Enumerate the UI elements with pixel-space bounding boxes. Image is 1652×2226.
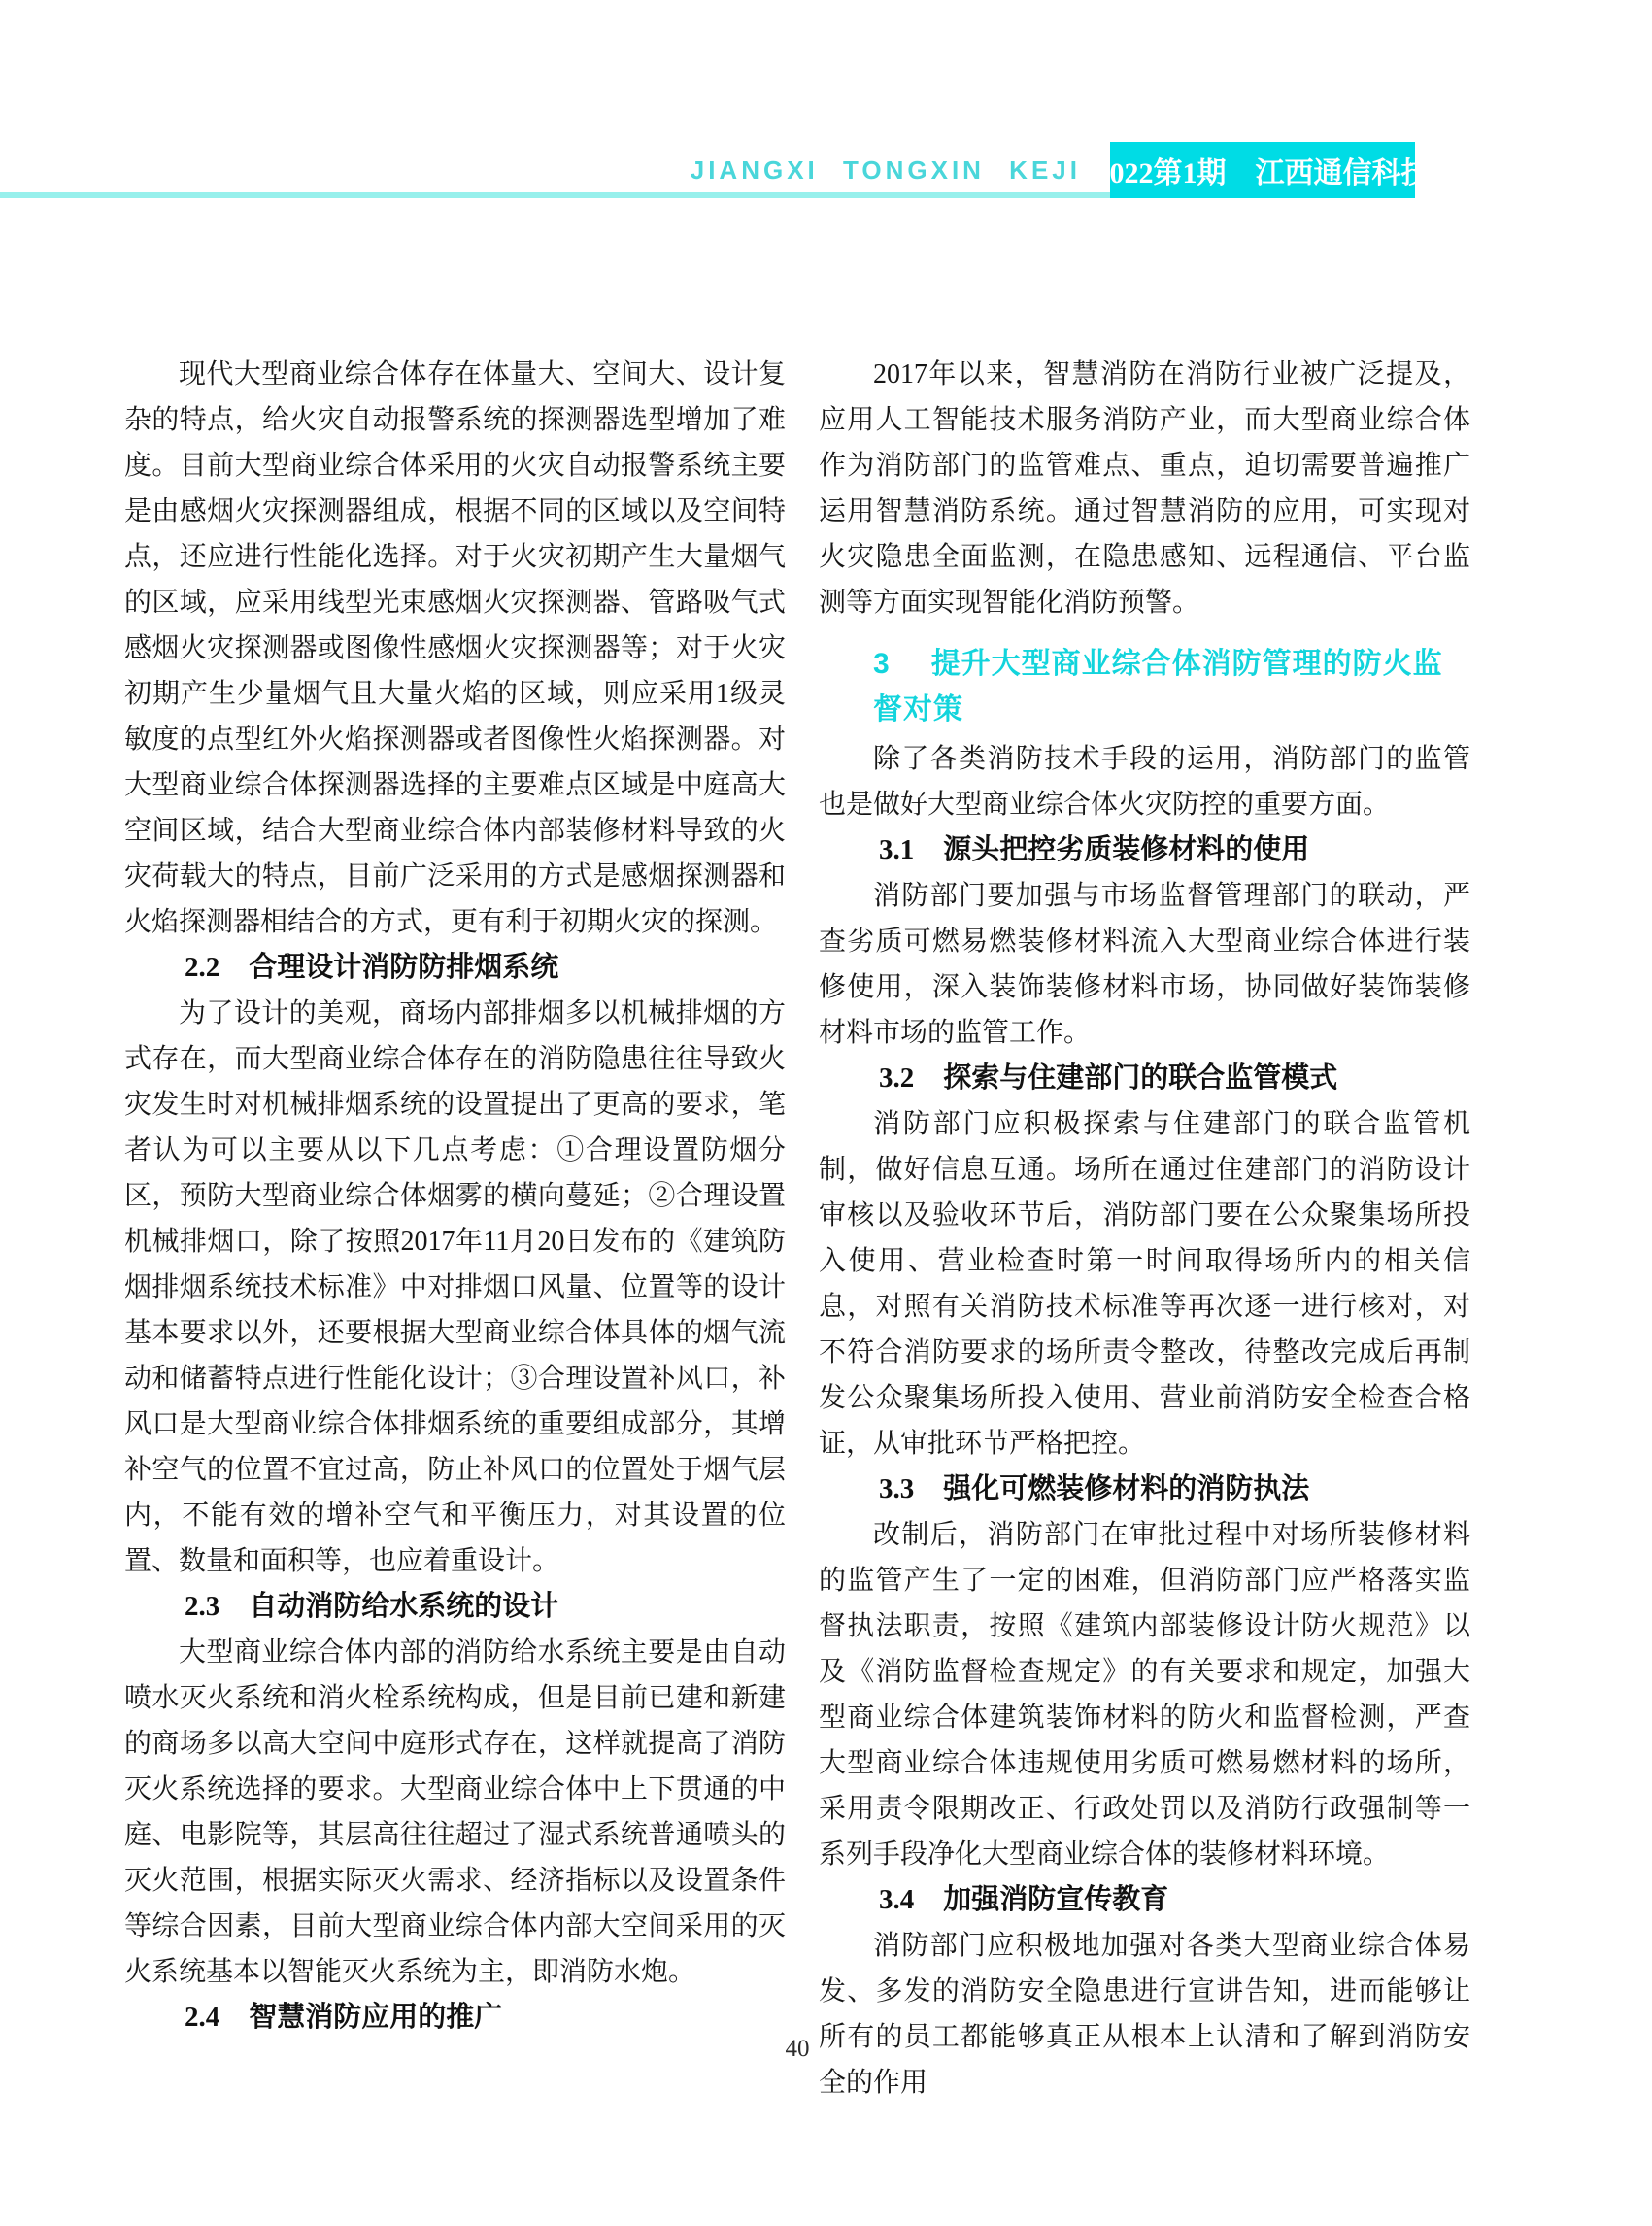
heading-title: 探索与住建部门的联合监管模式 [943,1062,1337,1094]
issue-badge: 2022第1期 江西通信科技 [1110,142,1415,198]
section-heading-3: 3提升大型商业综合体消防管理的防火监督对策 [819,641,1470,732]
heading-number: 3.3 [879,1473,914,1504]
right-column: 2017年以来，智慧消防在消防行业被广泛提及，应用人工智能技术服务消防产业，而大… [819,352,1470,2106]
paragraph: 大型商业综合体内部的消防给水系统主要是由自动喷水灭火系统和消火栓系统构成，但是目… [124,1630,786,1995]
section-heading-3-2: 3.2探索与住建部门的联合监管模式 [819,1056,1470,1101]
paragraph: 为了设计的美观，商场内部排烟多以机械排烟的方式存在，而大型商业综合体存在的消防隐… [124,991,786,1584]
heading-number: 3.4 [879,1884,914,1915]
section-heading-2-2: 2.2合理设计消防防排烟系统 [124,945,786,991]
section-heading-3-3: 3.3强化可燃装修材料的消防执法 [819,1467,1470,1512]
paragraph: 改制后，消防部门在审批过程中对场所装修材料的监管产生了一定的困难，但消防部门应严… [819,1512,1470,1877]
heading-number: 2.4 [185,2002,219,2033]
journal-page: JIANGXI TONGXIN KEJI 2022第1期 江西通信科技 现代大型… [0,0,1652,2226]
section-heading-2-3: 2.3自动消防给水系统的设计 [124,1584,786,1630]
heading-number: 3.1 [879,834,914,865]
heading-title: 提升大型商业综合体消防管理的防火监督对策 [873,648,1443,725]
header-rule [0,192,1110,198]
section-heading-3-1: 3.1源头把控劣质装修材料的使用 [819,827,1470,873]
heading-title: 自动消防给水系统的设计 [249,1591,558,1622]
section-heading-2-4: 2.4智慧消防应用的推广 [124,1995,786,2040]
issue-badge-text: 2022第1期 江西通信科技 [1096,149,1431,191]
paragraph: 现代大型商业综合体存在体量大、空间大、设计复杂的特点，给火灾自动报警系统的探测器… [124,352,786,945]
heading-number: 3 [873,648,891,680]
section-heading-3-4: 3.4加强消防宣传教育 [819,1877,1470,1923]
heading-title: 智慧消防应用的推广 [249,2002,502,2033]
heading-title: 加强消防宣传教育 [943,1884,1168,1915]
left-column: 现代大型商业综合体存在体量大、空间大、设计复杂的特点，给火灾自动报警系统的探测器… [124,352,786,2040]
paragraph: 除了各类消防技术手段的运用，消防部门的监管也是做好大型商业综合体火灾防控的重要方… [819,736,1470,827]
heading-title: 源头把控劣质装修材料的使用 [943,834,1309,865]
paragraph: 消防部门应积极探索与住建部门的联合监管机制，做好信息互通。场所在通过住建部门的消… [819,1101,1470,1467]
heading-number: 2.2 [185,952,219,983]
page-number: 40 [124,2036,1470,2063]
heading-title: 合理设计消防防排烟系统 [249,952,558,983]
heading-title: 强化可燃装修材料的消防执法 [943,1473,1309,1504]
paragraph: 消防部门应积极地加强对各类大型商业综合体易发、多发的消防安全隐患进行宣讲告知，进… [819,1923,1470,2106]
heading-number: 2.3 [185,1591,219,1622]
paragraph: 消防部门要加强与市场监督管理部门的联动，严查劣质可燃易燃装修材料流入大型商业综合… [819,873,1470,1056]
heading-number: 3.2 [879,1062,914,1094]
paragraph: 2017年以来，智慧消防在消防行业被广泛提及，应用人工智能技术服务消防产业，而大… [819,352,1470,625]
journal-name-en: JIANGXI TONGXIN KEJI [691,155,1081,185]
